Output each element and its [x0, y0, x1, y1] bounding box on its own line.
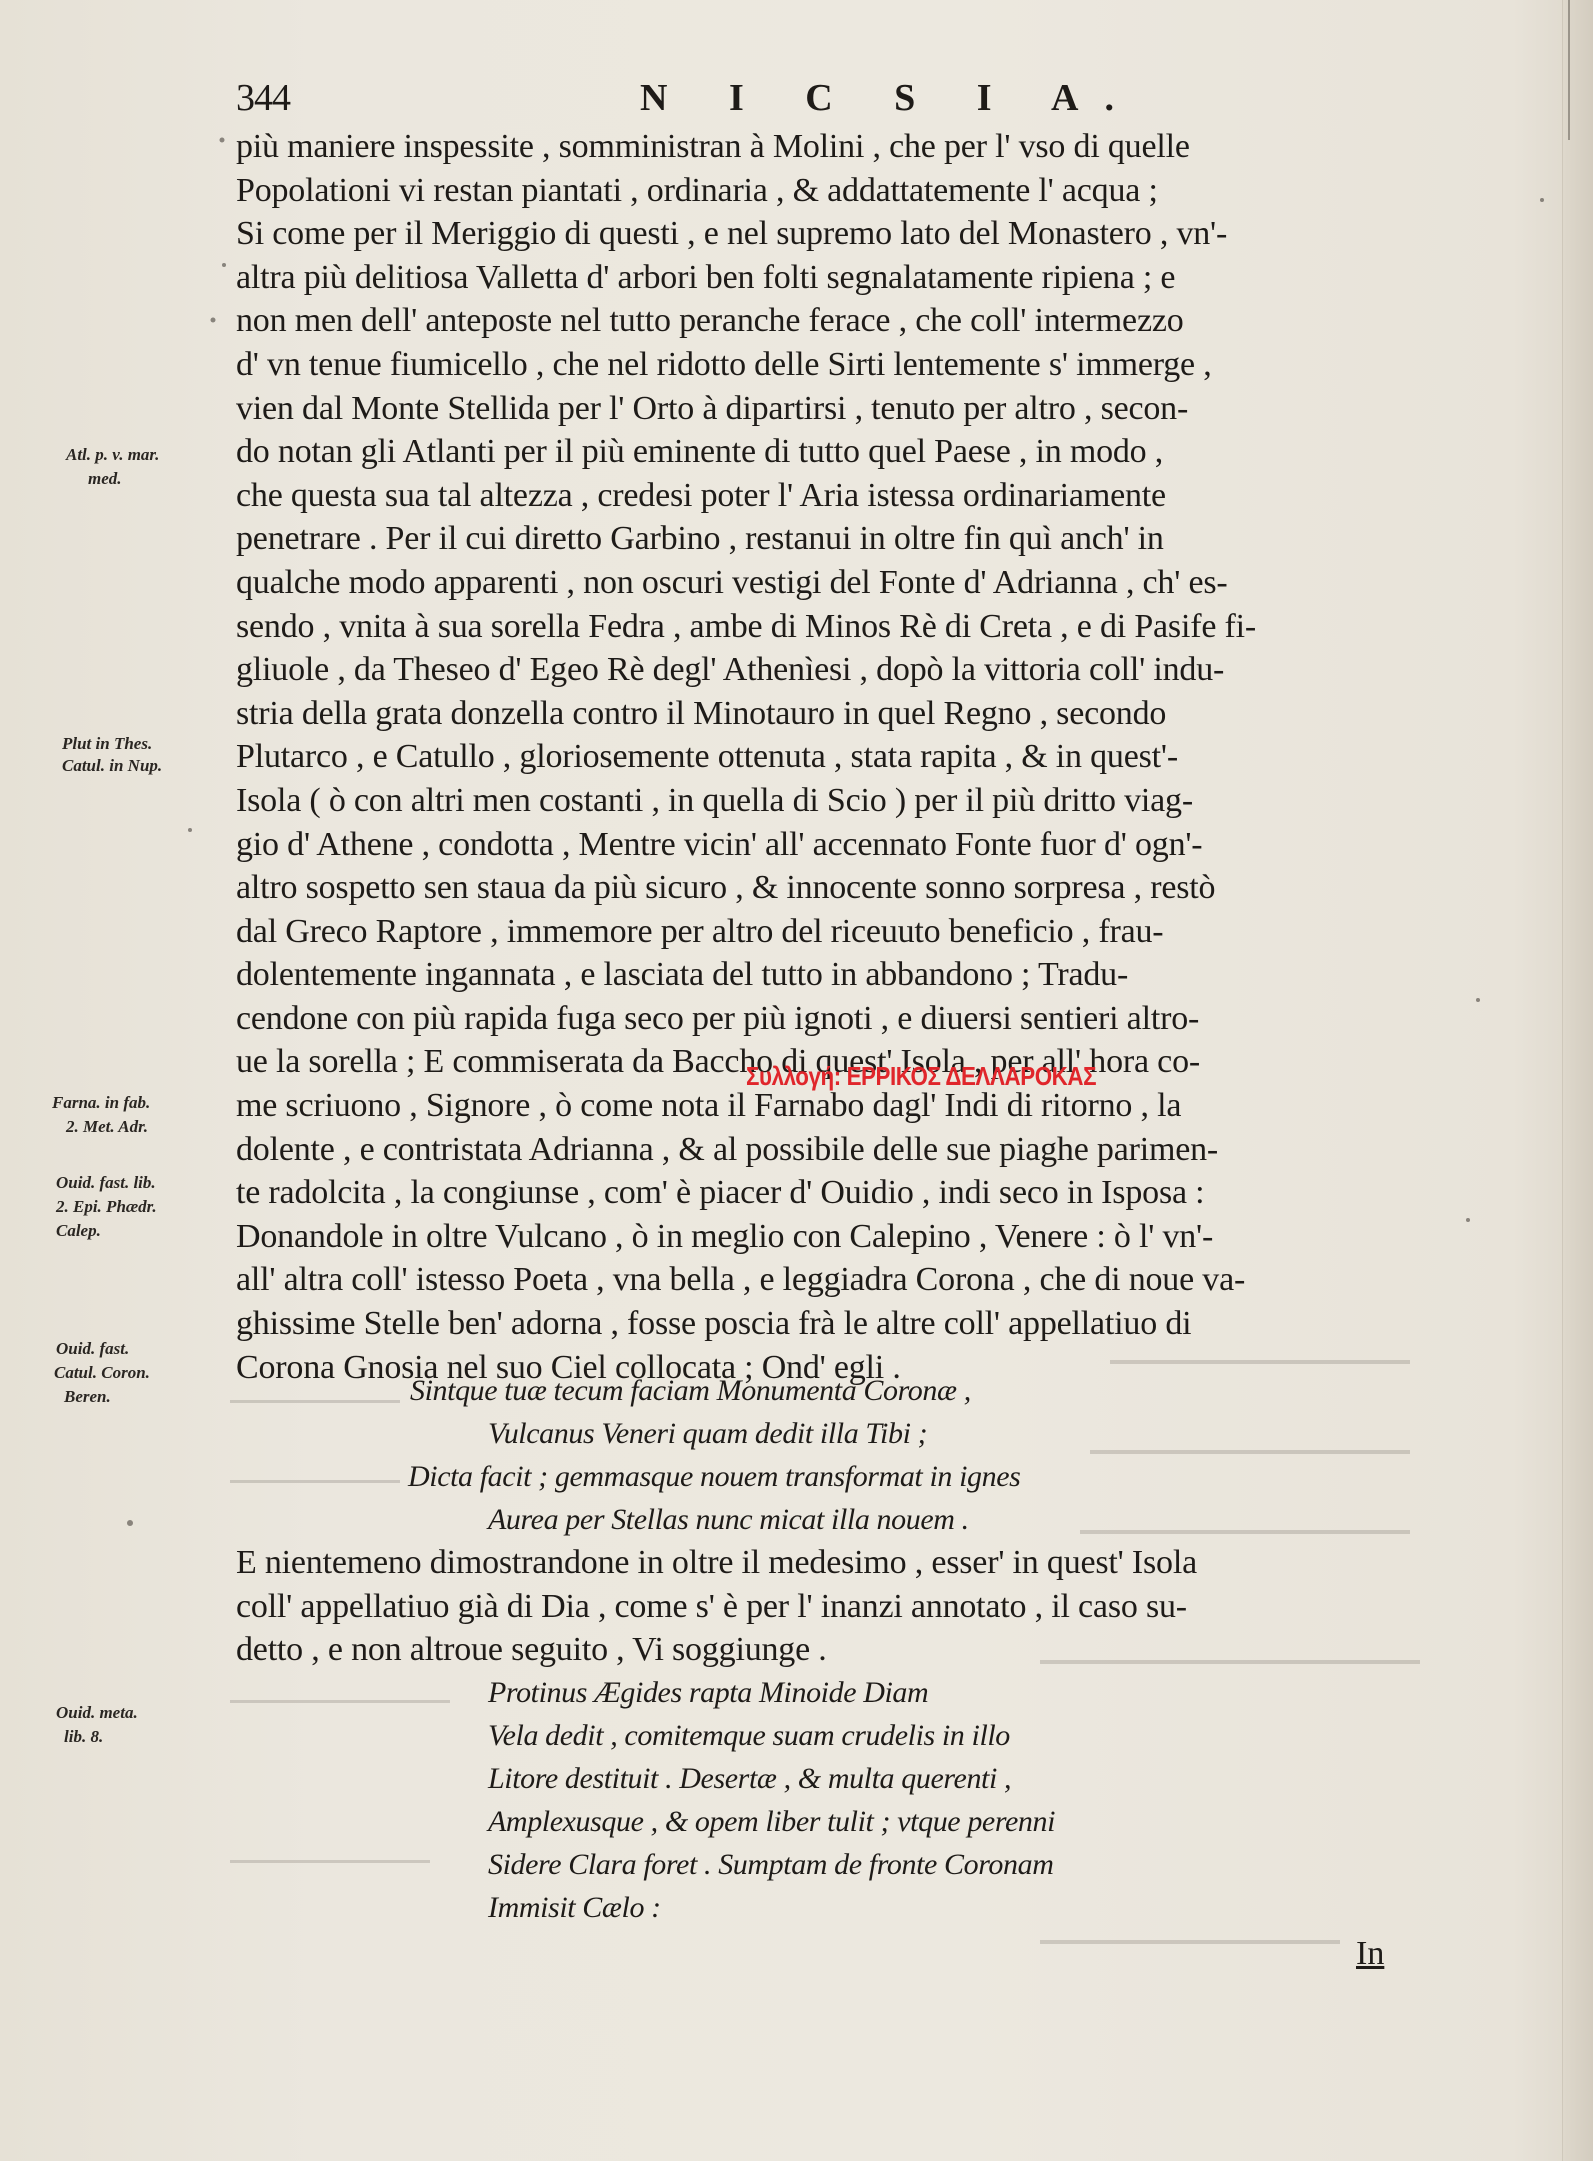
- margin-note: Beren.: [64, 1386, 111, 1408]
- page-edge: [1562, 0, 1593, 2161]
- text-line: cendone con più rapida fuga seco per più…: [236, 997, 1446, 1041]
- text-line: non men dell' anteposte nel tutto peranc…: [236, 299, 1446, 343]
- text-line: d' vn tenue fiumicello , che nel ridotto…: [236, 343, 1446, 387]
- text-line: gio d' Athene , condotta , Mentre vicin'…: [236, 823, 1446, 867]
- text-line: Donandole in oltre Vulcano , ò in meglio…: [236, 1215, 1446, 1259]
- margin-note: Farna. in fab.: [52, 1092, 150, 1114]
- text-line: penetrare . Per il cui diretto Garbino ,…: [236, 517, 1446, 561]
- margin-note: Ouid. fast.: [56, 1338, 129, 1360]
- text-line: Si come per il Meriggio di questi , e ne…: [236, 212, 1446, 256]
- text-line: all' altra coll' istesso Poeta , vna bel…: [236, 1258, 1446, 1302]
- margin-note: Atl. p. v. mar.: [66, 444, 159, 466]
- verse-line: Vela dedit , comitemque suam crudelis in…: [488, 1714, 1010, 1757]
- catchword: In: [1356, 1935, 1384, 1973]
- verse-line: Immisit Cælo :: [488, 1886, 661, 1929]
- running-title: N I C S I A.: [640, 76, 1140, 120]
- text-line: detto , e non altroue seguito , Vi soggi…: [236, 1628, 1446, 1672]
- text-line: che questa sua tal altezza , credesi pot…: [236, 474, 1446, 518]
- body-text-block-2: E nientemeno dimostrandone in oltre il m…: [236, 1541, 1446, 1672]
- margin-note: med.: [88, 468, 122, 490]
- page-crease-line: [1568, 0, 1570, 140]
- text-line: Isola ( ò con altri men costanti , in qu…: [236, 779, 1446, 823]
- body-text-block-1: più maniere inspessite , somministran à …: [236, 125, 1446, 1389]
- verse-line: Dicta facit ; gemmasque nouem transforma…: [408, 1455, 1020, 1498]
- margin-note: Catul. Coron.: [54, 1362, 150, 1384]
- text-line: E nientemeno dimostrandone in oltre il m…: [236, 1541, 1446, 1585]
- text-line: coll' appellatiuo già di Dia , come s' è…: [236, 1585, 1446, 1629]
- text-line: ghissime Stelle ben' adorna , fosse posc…: [236, 1302, 1446, 1346]
- verse-line: Sintque tuæ tecum faciam Monumenta Coron…: [410, 1369, 971, 1412]
- verse-line: Sidere Clara foret . Sumptam de fronte C…: [488, 1843, 1053, 1886]
- margin-note: Ouid. fast. lib.: [56, 1172, 156, 1194]
- page-header: 344 N I C S I A.: [236, 76, 1436, 126]
- margin-note: 2. Met. Adr.: [66, 1116, 148, 1138]
- text-line: Popolationi vi restan piantati , ordinar…: [236, 169, 1446, 213]
- text-line: dolente , e contristata Adrianna , & al …: [236, 1128, 1446, 1172]
- page-number: 344: [236, 76, 290, 120]
- margin-note: Plut in Thes.: [62, 733, 152, 755]
- text-line: altra più delitiosa Valletta d' arbori b…: [236, 256, 1446, 300]
- verse-line: Aurea per Stellas nunc micat illa nouem …: [488, 1498, 969, 1541]
- text-line: Plutarco , e Catullo , gloriosemente ott…: [236, 735, 1446, 779]
- text-line: dal Greco Raptore , immemore per altro d…: [236, 910, 1446, 954]
- margin-note: Catul. in Nup.: [62, 755, 162, 777]
- verse-line: Protinus Ægides rapta Minoide Diam: [488, 1671, 928, 1714]
- verse-line: Litore destituit . Desertæ , & multa que…: [488, 1757, 1011, 1800]
- book-page: 344 N I C S I A. più maniere inspessite …: [0, 0, 1593, 2161]
- collection-watermark: Συλλογή: ΕΡΡΙΚΟΣ ΔΕΛΛΑΡΟΚΑΣ: [746, 1061, 1096, 1092]
- text-line: te radolcita , la congiunse , com' è pia…: [236, 1171, 1446, 1215]
- text-line: dolentemente ingannata , e lasciata del …: [236, 953, 1446, 997]
- text-line: do notan gli Atlanti per il più eminente…: [236, 430, 1446, 474]
- margin-note: 2. Epi. Phædr.: [56, 1196, 157, 1218]
- margin-note: lib. 8.: [64, 1726, 103, 1748]
- verse-line: Vulcanus Veneri quam dedit illa Tibi ;: [488, 1412, 927, 1455]
- text-line: gliuole , da Theseo d' Egeo Rè degl' Ath…: [236, 648, 1446, 692]
- text-line: più maniere inspessite , somministran à …: [236, 125, 1446, 169]
- margin-note: Calep.: [56, 1220, 101, 1242]
- text-line: stria della grata donzella contro il Min…: [236, 692, 1446, 736]
- margin-note: Ouid. meta.: [56, 1702, 138, 1724]
- text-line: sendo , vnita à sua sorella Fedra , ambe…: [236, 605, 1446, 649]
- text-line: qualche modo apparenti , non oscuri vest…: [236, 561, 1446, 605]
- text-line: vien dal Monte Stellida per l' Orto à di…: [236, 387, 1446, 431]
- text-line: altro sospetto sen staua da più sicuro ,…: [236, 866, 1446, 910]
- verse-line: Amplexusque , & opem liber tulit ; vtque…: [488, 1800, 1055, 1843]
